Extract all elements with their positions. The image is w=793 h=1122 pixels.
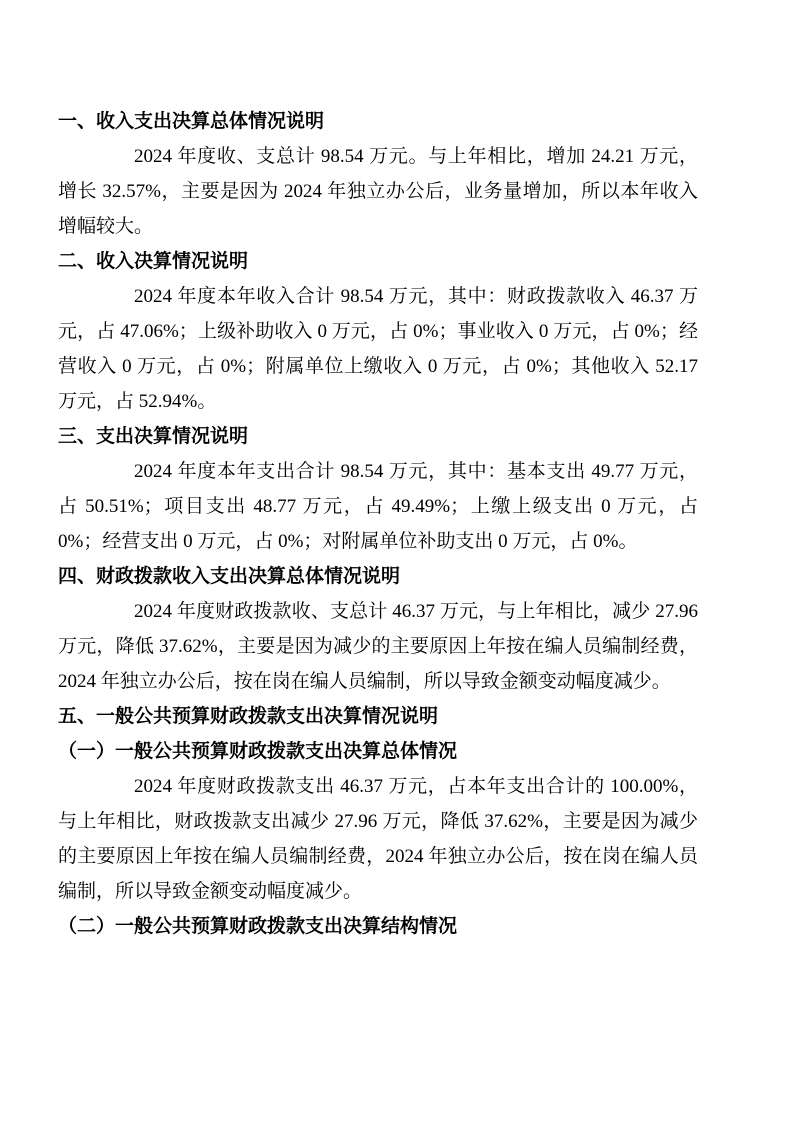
document-content: 一、收入支出决算总体情况说明 2024 年度收、支总计 98.54 万元。与上年… [58, 104, 698, 944]
subheading-general-budget-overall: （一）一般公共预算财政拨款支出决算总体情况 [58, 734, 698, 769]
subheading-general-budget-structure: （二）一般公共预算财政拨款支出决算结构情况 [58, 909, 698, 944]
heading-income-expense-overall: 一、收入支出决算总体情况说明 [58, 104, 698, 139]
para-income-overview: 2024 年度本年收入合计 98.54 万元，其中：财政拨款收入 46.37 万… [58, 279, 698, 419]
document-page: 一、收入支出决算总体情况说明 2024 年度收、支总计 98.54 万元。与上年… [0, 0, 793, 1122]
heading-income-overview: 二、收入决算情况说明 [58, 244, 698, 279]
para-income-expense-overall: 2024 年度收、支总计 98.54 万元。与上年相比，增加 24.21 万元，… [58, 139, 698, 244]
para-expense-overview: 2024 年度本年支出合计 98.54 万元，其中：基本支出 49.77 万元，… [58, 454, 698, 559]
para-fiscal-appropriation-overall: 2024 年度财政拨款收、支总计 46.37 万元，与上年相比，减少 27.96… [58, 594, 698, 699]
heading-expense-overview: 三、支出决算情况说明 [58, 419, 698, 454]
heading-fiscal-appropriation-overall: 四、财政拨款收入支出决算总体情况说明 [58, 559, 698, 594]
heading-general-public-budget-expense: 五、一般公共预算财政拨款支出决算情况说明 [58, 699, 698, 734]
para-general-budget-overall: 2024 年度财政拨款支出 46.37 万元，占本年支出合计的 100.00%，… [58, 769, 698, 909]
